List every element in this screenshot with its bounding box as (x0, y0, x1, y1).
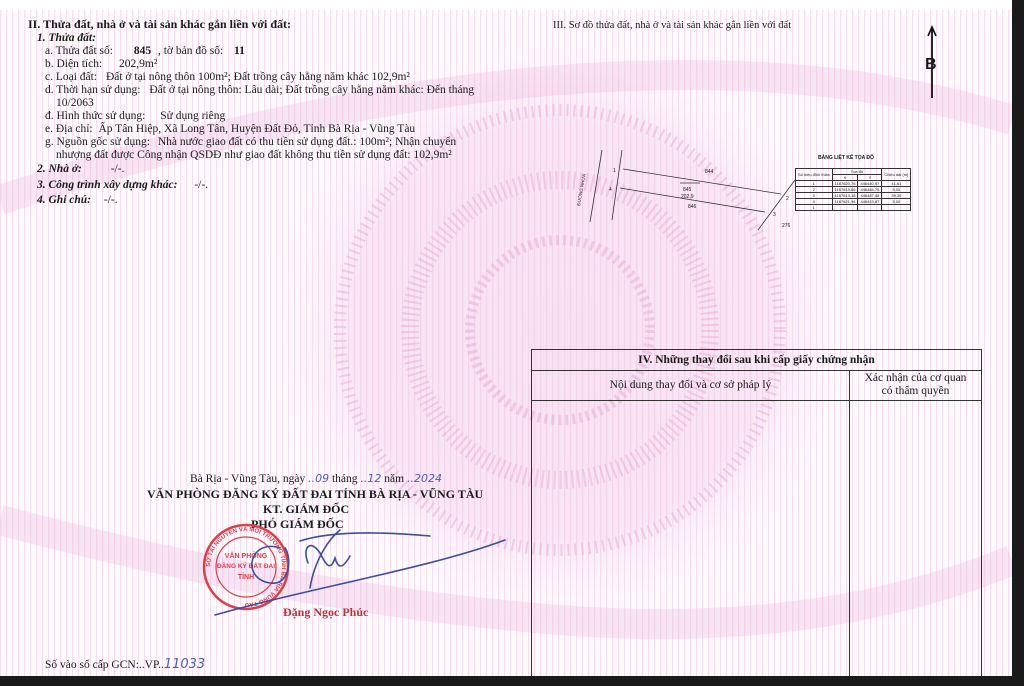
term-value-cont: 10/2063 (56, 97, 94, 110)
map-sheet-number: 11 (234, 45, 245, 57)
origin-label: g. Nguồn gốc sử dụng: (45, 136, 150, 148)
other-works-row: 3. Công trình xây dựng khác: -/-. (37, 179, 208, 192)
coord-row: 31167613,18446487,4839,30 (796, 193, 911, 199)
term-label: d. Thời hạn sử dụng: (45, 84, 140, 96)
use-form-value: Sử dụng riêng (160, 110, 225, 122)
neighbor-south: 846 (688, 204, 697, 210)
parcel-sketch: ĐƯỜNG NHỰA 1 2 3 4 844 845 202,9 846 276 (560, 150, 800, 240)
vertex-1: 1 (613, 168, 616, 174)
vertex-2: 2 (786, 196, 789, 202)
sketch-parcel-area: 202,9 (681, 194, 694, 200)
parcel-number-label: a. Thửa đất số: (45, 45, 113, 57)
land-type-value: Đất ở tại nông thôn 100m²; Đất trồng cây… (106, 71, 410, 83)
road-label: ĐƯỜNG NHỰA (575, 173, 587, 206)
section-iii-title: III. Sơ đồ thửa đất, nhà ở và tài sản kh… (553, 19, 791, 32)
area-label: b. Diện tích: (45, 58, 102, 70)
changes-table-divider (849, 400, 850, 676)
address-label: e. Địa chỉ: (45, 123, 93, 135)
signature-icon (190, 478, 510, 618)
parcel-number-row: a. Thửa đất số: 845 , tờ bản đồ số: 11 (45, 45, 245, 58)
changes-table-title: IV. Những thay đổi sau khi cấp giấy chứn… (532, 350, 981, 371)
vertex-4: 4 (609, 187, 612, 193)
house-label: 2. Nhà ở: (37, 163, 82, 175)
origin-value-cont: nhượng đất được Công nhận QSDĐ như giao … (56, 149, 452, 162)
coord-header-length: Chiều dài (m) (882, 169, 911, 181)
register-number: Số vào sổ cấp GCN:..VP..11033 (45, 657, 205, 672)
parcel-heading: 1. Thửa đất: (37, 32, 96, 45)
top-margin (0, 0, 1012, 10)
use-form-row: đ. Hình thức sử dụng: Sử dụng riêng (45, 110, 225, 123)
area-row: b. Diện tích: 202,9m² (45, 58, 157, 71)
register-label: Số vào sổ cấp GCN:..VP.. (45, 659, 164, 671)
sketch-parcel-number: 845 (683, 187, 692, 193)
vertex-3: 3 (773, 212, 776, 218)
parcel-number: 845 (134, 45, 151, 57)
neighbor-north: 844 (705, 169, 714, 175)
address-row: e. Địa chỉ: Ấp Tân Hiệp, Xã Long Tân, Hu… (45, 123, 415, 136)
area-value: 202,9m² (119, 58, 157, 70)
changes-col-authority: Xác nhận của cơ quancó thẩm quyền (850, 370, 981, 400)
register-value: 11033 (164, 657, 205, 672)
note-value: -/-. (104, 194, 118, 206)
certificate-page: II. Thửa đất, nhà ở và tài sản khác gắn … (0, 0, 1012, 676)
land-type-row: c. Loại đất: Đất ở tại nông thôn 100m²; … (45, 71, 410, 84)
land-type-label: c. Loại đất: (45, 71, 97, 83)
coord-row: 11167620,76446440,5741,61 (796, 181, 911, 187)
note-label: 4. Ghi chú: (37, 194, 91, 206)
address-value: Ấp Tân Hiệp, Xã Long Tân, Huyện Đất Đỏ, … (98, 123, 415, 135)
changes-col-content: Nội dung thay đổi và cơ sở pháp lý (532, 370, 850, 400)
section-ii-title: II. Thửa đất, nhà ở và tài sản khác gắn … (28, 18, 291, 31)
house-row: 2. Nhà ở: -/-. (37, 163, 124, 176)
changes-table: IV. Những thay đổi sau khi cấp giấy chứn… (531, 349, 982, 676)
note-row: 4. Ghi chú: -/-. (37, 194, 118, 207)
coord-header-point: Số hiệu đỉnh thửa (796, 169, 833, 181)
term-value: Đất ở tại nông thôn: Lâu dài; Đất trồng … (149, 84, 474, 96)
coord-table-title: BẢNG LIỆT KÊ TỌA ĐỘ (818, 155, 874, 161)
coord-row: 41167621,94446443,875,00 (796, 199, 911, 205)
coord-table: Số hiệu đỉnh thửa Tọa độ Chiều dài (m) X… (795, 168, 911, 211)
coord-row: 1 (796, 205, 911, 211)
coord-row: 21167619,86446484,755,00 (796, 187, 911, 193)
term-row: d. Thời hạn sử dụng: Đất ở tại nông thôn… (45, 84, 474, 97)
use-form-label: đ. Hình thức sử dụng: (45, 110, 145, 122)
other-works-label: 3. Công trình xây dựng khác: (37, 179, 177, 191)
changes-table-header: Nội dung thay đổi và cơ sở pháp lý Xác n… (532, 370, 981, 401)
north-label: B (925, 58, 937, 71)
origin-value: Nhà nước giao đất có thu tiền sử dụng đấ… (158, 136, 456, 148)
signer-name: Đặng Ngọc Phúc (283, 605, 368, 620)
other-works-value: -/-. (194, 179, 208, 191)
map-sheet-label: , tờ bản đồ số: (158, 45, 223, 57)
neighbor-east: 276 (782, 223, 791, 229)
origin-row: g. Nguồn gốc sử dụng: Nhà nước giao đất … (45, 136, 456, 149)
house-value: -/-. (111, 163, 125, 175)
